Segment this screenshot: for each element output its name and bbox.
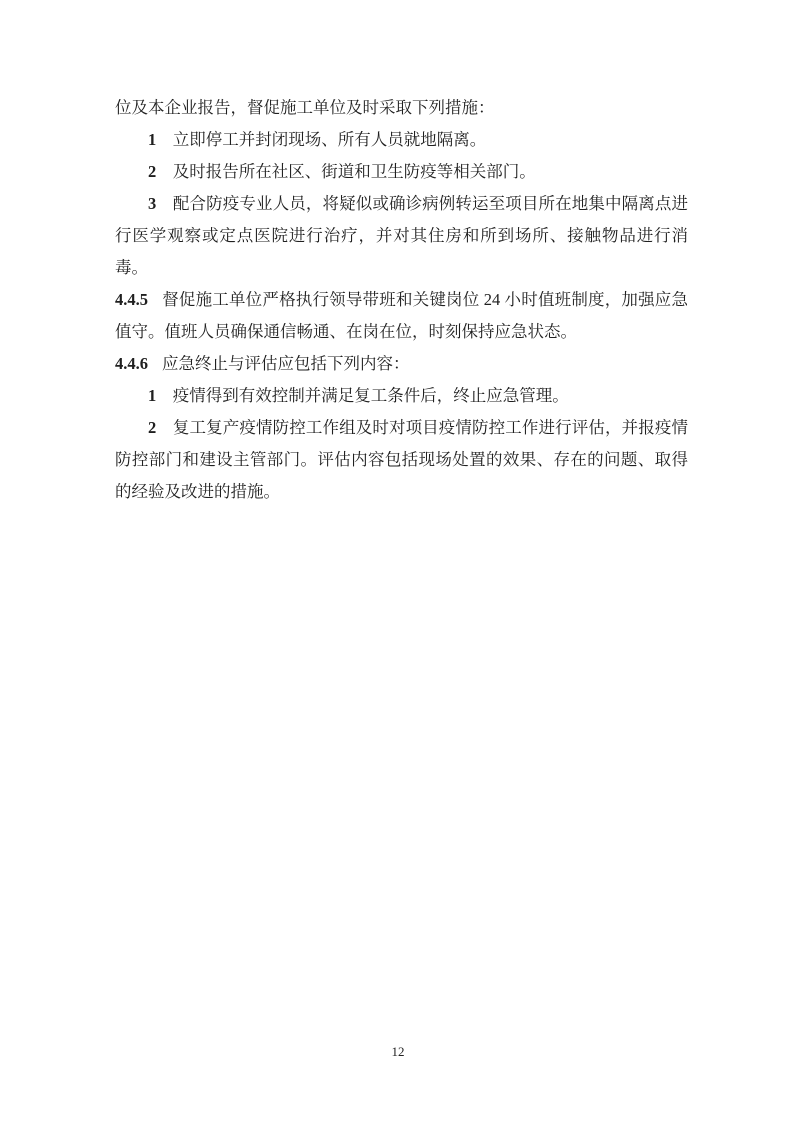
section-clause-number: 4.4.5 <box>115 290 148 309</box>
section-clause: 4.4.6应急终止与评估应包括下列内容： <box>115 348 688 380</box>
list-item-number: 1 <box>148 130 156 149</box>
page-number: 12 <box>0 1044 796 1060</box>
list-item-number: 1 <box>148 386 156 405</box>
paragraph-intro: 位及本企业报告，督促施工单位及时采取下列措施： <box>115 92 688 124</box>
section-clause: 4.4.5督促施工单位严格执行领导带班和关键岗位 24 小时值班制度，加强应急值… <box>115 284 688 348</box>
document-page: 位及本企业报告，督促施工单位及时采取下列措施： 1立即停工并封闭现场、所有人员就… <box>0 0 796 1127</box>
list-item-number: 2 <box>148 418 156 437</box>
list-item-text: 复工复产疫情防控工作组及时对项目疫情防控工作进行评估，并报疫情防控部门和建设主管… <box>115 418 688 501</box>
list-item-text: 配合防疫专业人员，将疑似或确诊病例转运至项目所在地集中隔离点进行医学观察或定点医… <box>115 194 688 277</box>
list-item-number: 2 <box>148 162 156 181</box>
section-clause-text: 督促施工单位严格执行领导带班和关键岗位 24 小时值班制度，加强应急值守。值班人… <box>115 290 688 341</box>
list-item-text: 立即停工并封闭现场、所有人员就地隔离。 <box>173 130 487 149</box>
document-body: 位及本企业报告，督促施工单位及时采取下列措施： 1立即停工并封闭现场、所有人员就… <box>115 92 688 508</box>
list-item-number: 3 <box>148 194 156 213</box>
list-item: 1立即停工并封闭现场、所有人员就地隔离。 <box>115 124 688 156</box>
list-item: 1疫情得到有效控制并满足复工条件后，终止应急管理。 <box>115 380 688 412</box>
section-clause-text: 应急终止与评估应包括下列内容： <box>162 354 410 373</box>
paragraph-text: 位及本企业报告，督促施工单位及时采取下列措施： <box>115 98 495 117</box>
list-item: 3配合防疫专业人员，将疑似或确诊病例转运至项目所在地集中隔离点进行医学观察或定点… <box>115 188 688 284</box>
list-item: 2复工复产疫情防控工作组及时对项目疫情防控工作进行评估，并报疫情防控部门和建设主… <box>115 412 688 508</box>
list-item: 2及时报告所在社区、街道和卫生防疫等相关部门。 <box>115 156 688 188</box>
list-item-text: 疫情得到有效控制并满足复工条件后，终止应急管理。 <box>173 386 569 405</box>
section-clause-number: 4.4.6 <box>115 354 148 373</box>
list-item-text: 及时报告所在社区、街道和卫生防疫等相关部门。 <box>173 162 536 181</box>
